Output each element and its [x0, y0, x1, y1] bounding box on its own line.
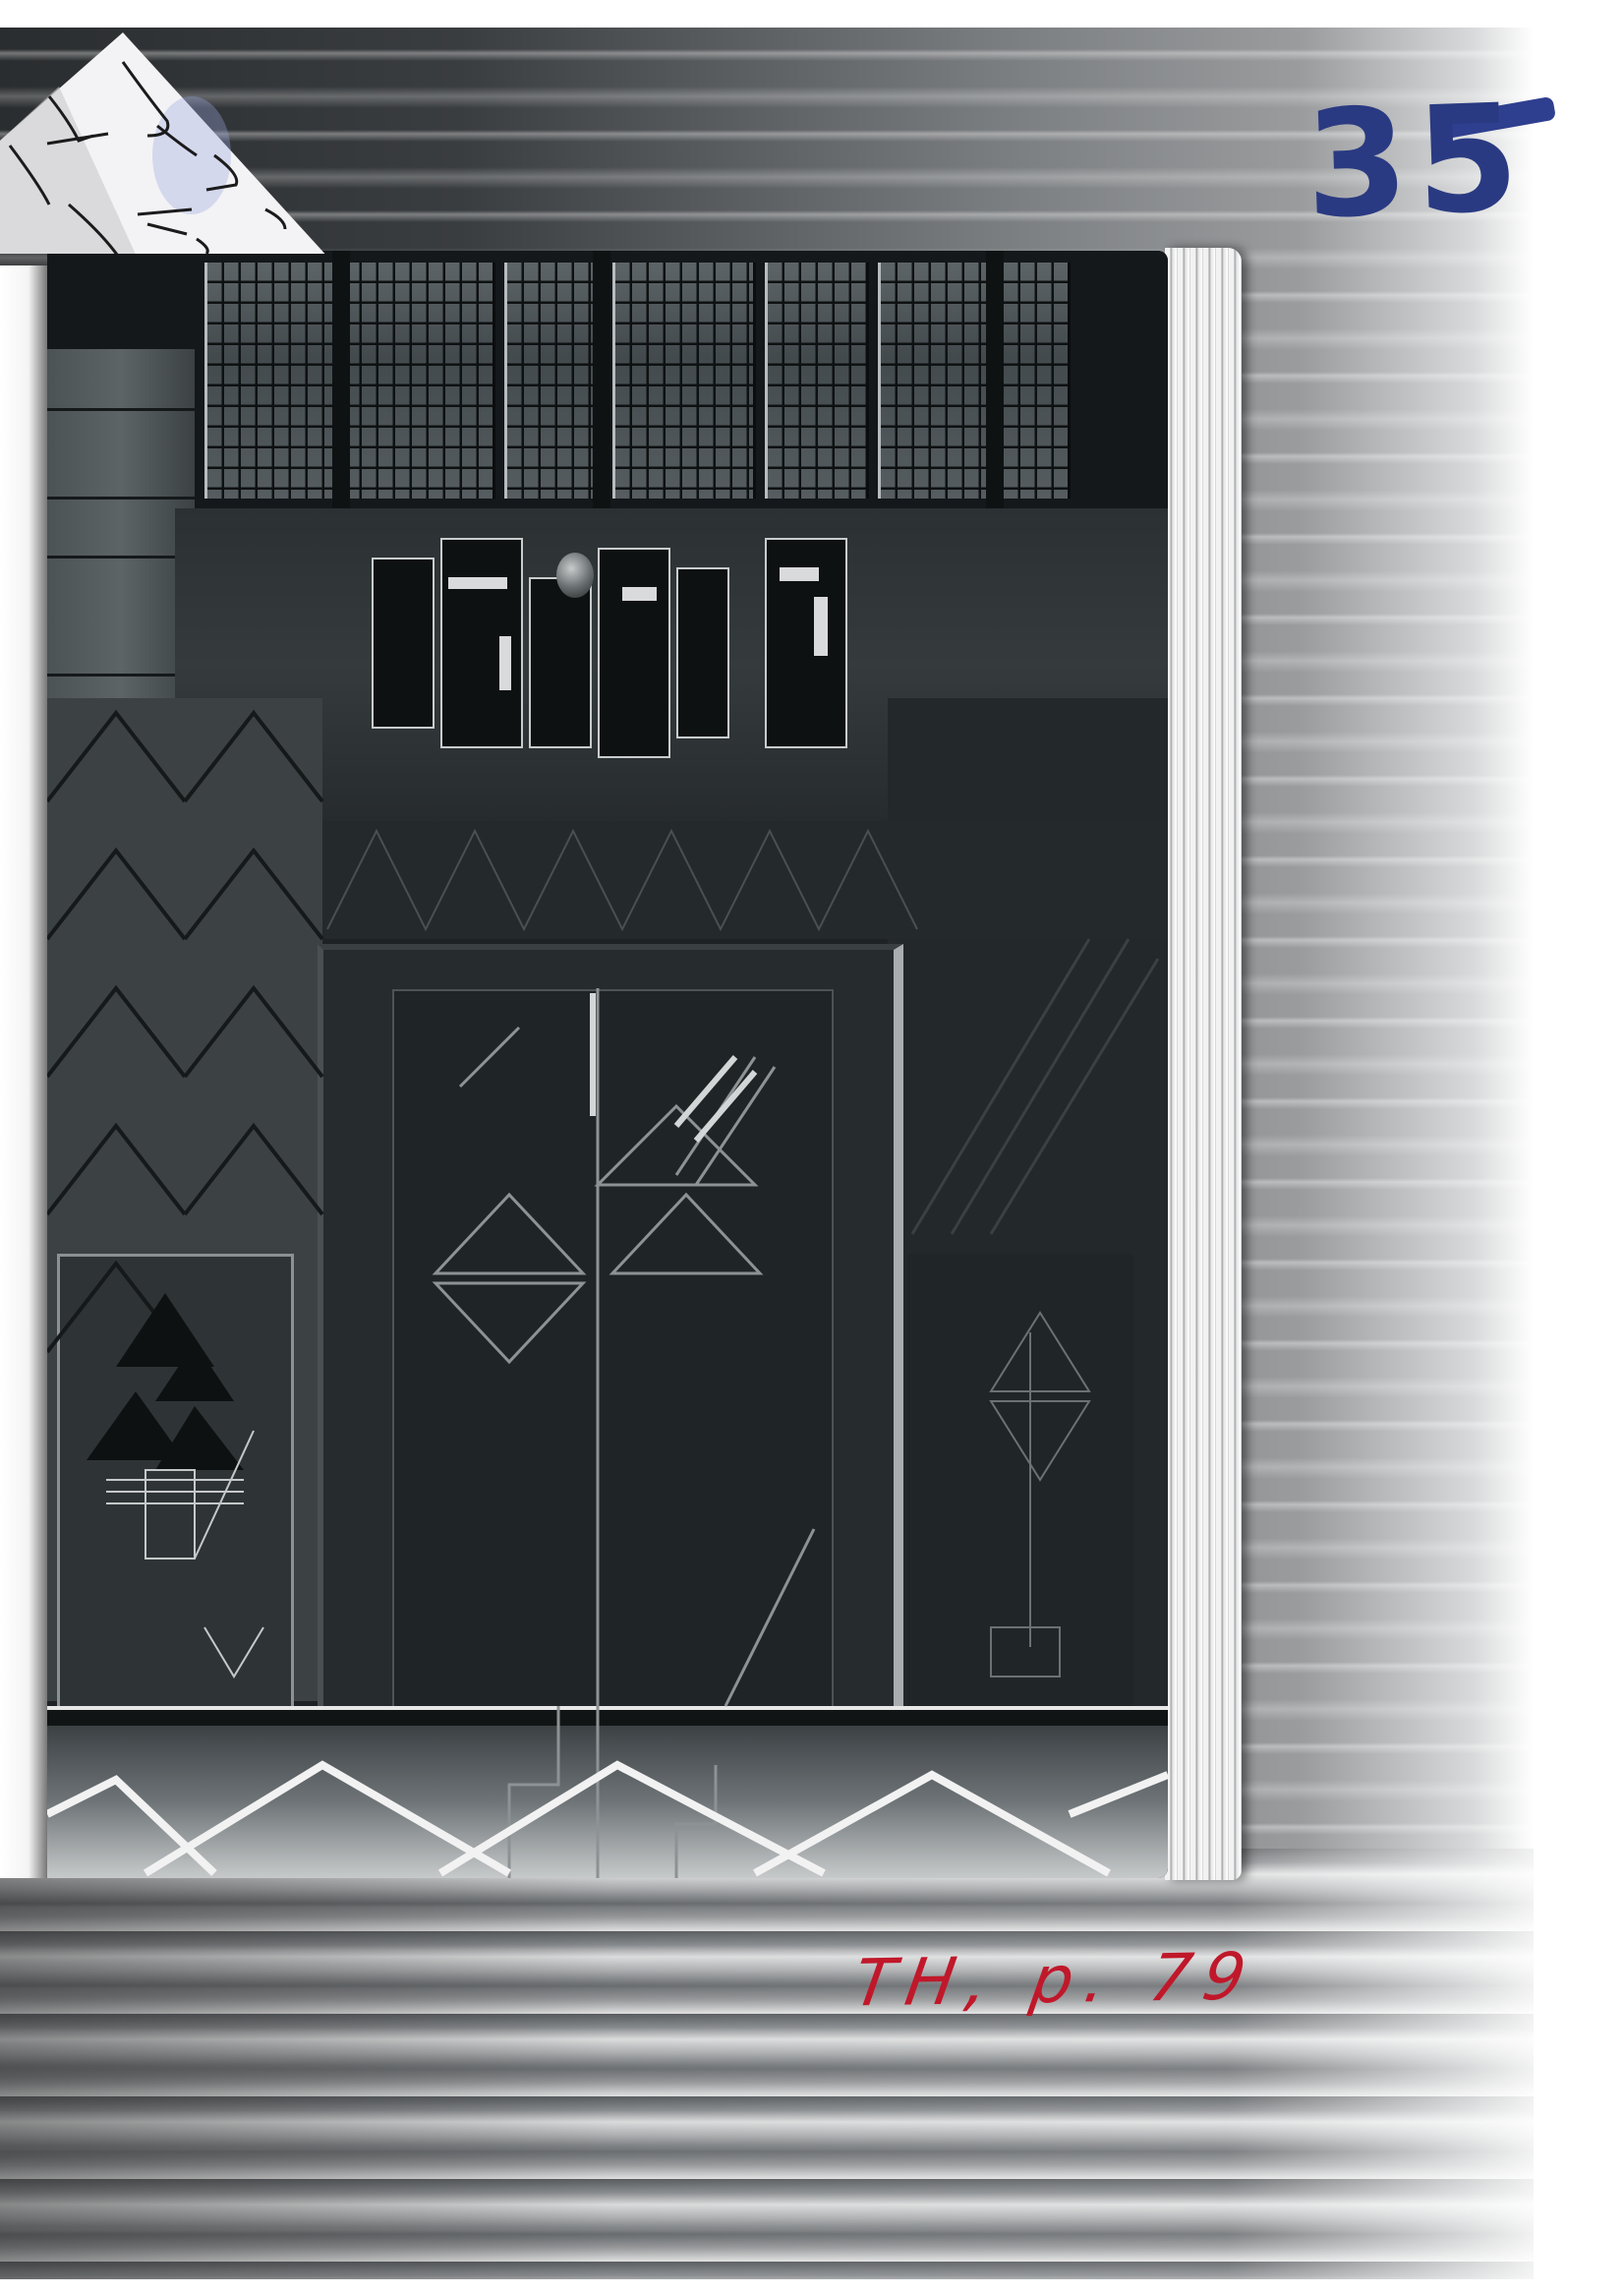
handwritten-reference-note: TH, p. 79: [848, 1938, 1262, 2021]
paper-slip-shape: [0, 28, 329, 254]
facing-page-edge: [0, 265, 47, 1878]
handwritten-page-number: 35: [1303, 73, 1530, 252]
book-photograph: [47, 251, 1168, 1878]
relief-line-art: [47, 251, 1168, 1878]
torn-paper-slip: [0, 28, 329, 254]
paper-margin-right: [1534, 0, 1623, 2296]
book-page-edges: [1165, 248, 1242, 1880]
scanner-background-bottom: [0, 1849, 1534, 2279]
